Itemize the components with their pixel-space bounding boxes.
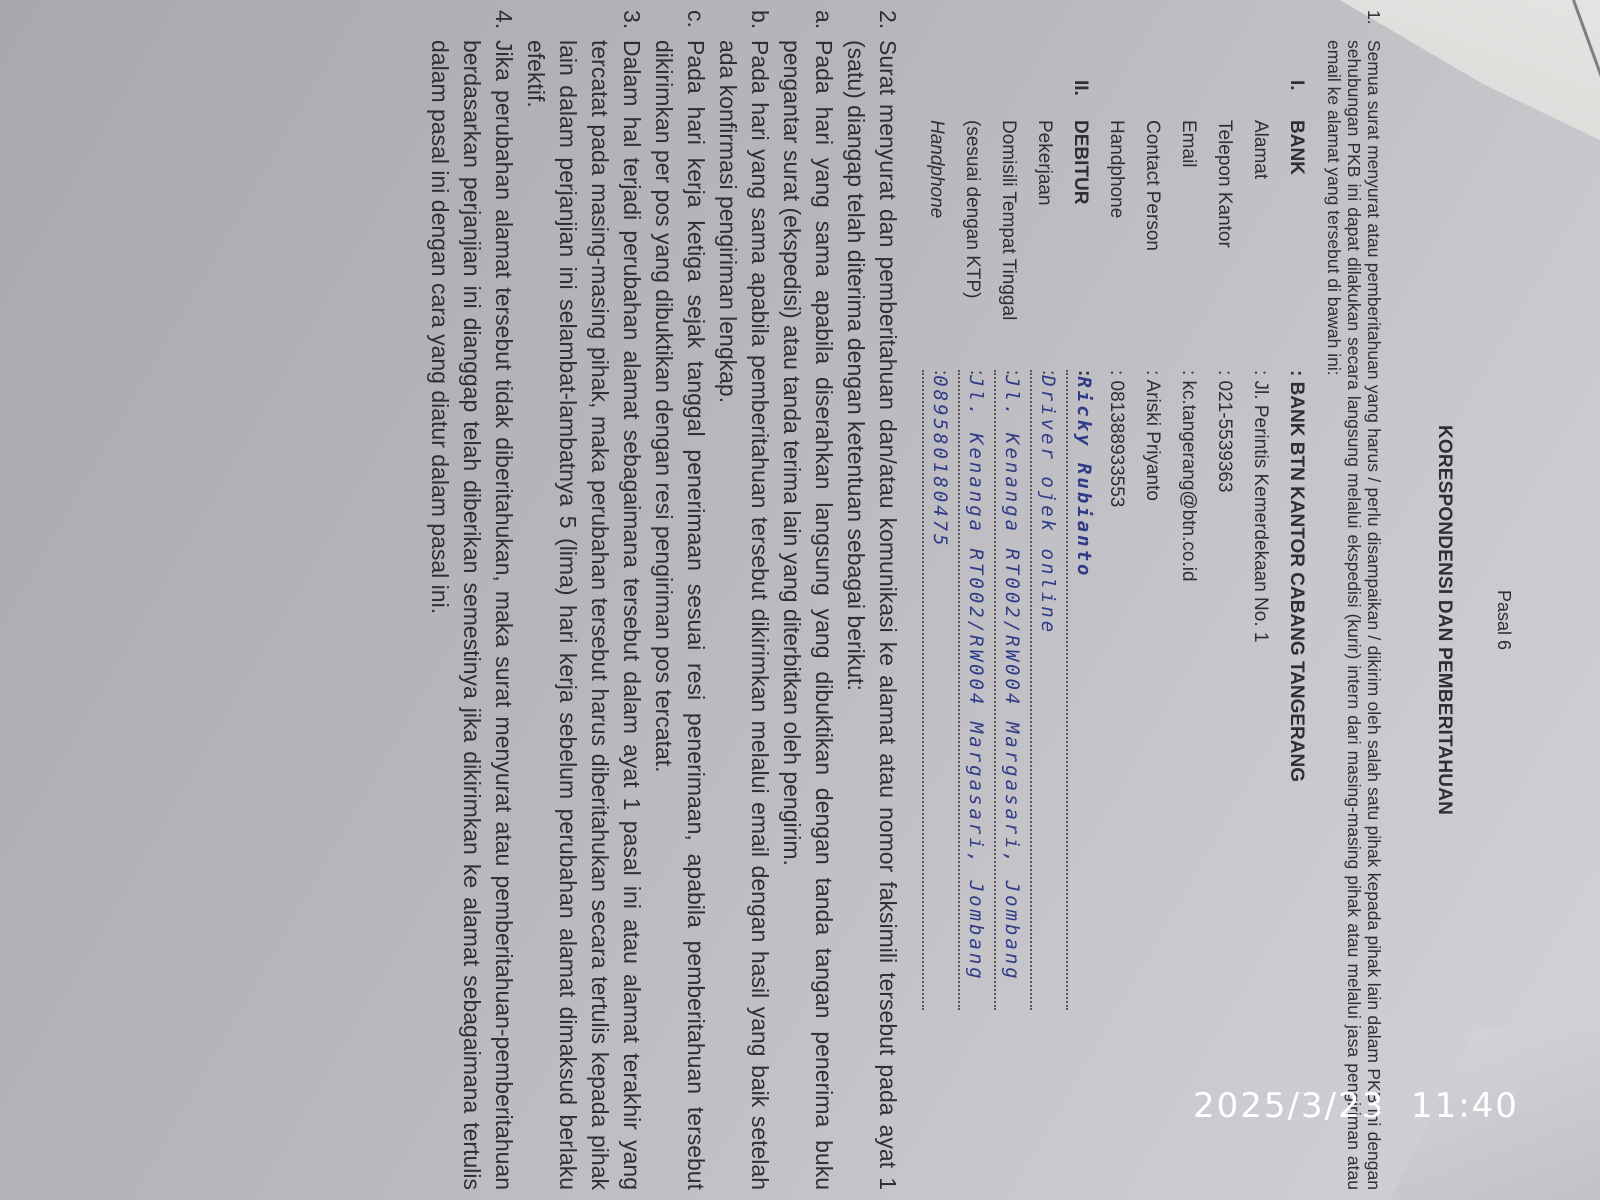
item-text: Pada hari yang sama apabila diserahkan l… <box>776 40 840 1190</box>
section-number: 4. <box>424 10 520 40</box>
field-value: : 081388933553 <box>1100 370 1132 1190</box>
section-text: Jika perubahan alamat tersebut tidak dib… <box>424 40 520 1190</box>
roman-numeral: II. <box>1064 80 1096 120</box>
photo-timestamp: 2025/3/23 11:40 <box>1193 1086 1519 1126</box>
section-1: 1. Semua surat menyurat atau pemberitahu… <box>1324 10 1384 1190</box>
item-letter: c. <box>648 10 712 40</box>
debitur-heading: DEBITUR <box>1064 120 1096 370</box>
roman-numeral: I. <box>1280 80 1312 120</box>
bank-heading-row: I. BANK : BANK BTN KANTOR CABANG TANGERA… <box>1278 80 1314 1190</box>
field-label: Domisili Tempat Tinggal <box>992 120 1024 370</box>
article-title: KORESPONDENSI DAN PEMBERITAHUAN <box>1428 50 1460 1190</box>
debitur-heading-row: II. DEBITUR : Ricky Rubianto <box>1062 80 1098 1190</box>
section-text: Surat menyurat dan pemberitahuan dan/ata… <box>840 40 904 1190</box>
handwritten-field: : Driver ojek online <box>1030 370 1058 1010</box>
handwritten-field: : Jl. Kenanga RT002/RW004 Margasari, Jom… <box>994 370 1022 1010</box>
field-label: Contact Person <box>1136 120 1168 370</box>
section-number: 3. <box>520 10 648 40</box>
section-number: 1. <box>1324 10 1384 40</box>
document-page: Pasal 6 KORESPONDENSI DAN PEMBERITAHUAN … <box>0 0 1600 1200</box>
handwritten-value: 089580180475 <box>924 375 956 548</box>
section-4: 4. Jika perubahan alamat tersebut tidak … <box>424 10 520 1190</box>
handwritten-value: Driver ojek online <box>1032 375 1064 635</box>
item-text: Pada hari kerja ketiga sejak tanggal pen… <box>648 40 712 1190</box>
field-label: (sesuai dengan KTP) <box>956 120 988 370</box>
bank-name: : BANK BTN KANTOR CABANG TANGERANG <box>1280 370 1312 1190</box>
field-label: Handphone <box>920 120 952 370</box>
field-value: : Ariski Priyanto <box>1136 370 1168 1190</box>
field-value: : kc.tangerang@btn.co.id <box>1172 370 1204 1190</box>
section-2-item-c: c. Pada hari kerja ketiga sejak tanggal … <box>648 10 712 1190</box>
handwritten-field: : Jl. Kenanga RT002/RW004 Margasari, Jom… <box>958 370 986 1010</box>
section-2-item-a: a. Pada hari yang sama apabila diserahka… <box>776 10 840 1190</box>
bank-block: I. BANK : BANK BTN KANTOR CABANG TANGERA… <box>918 80 1314 1190</box>
field-value: : Jl. Perintis Kemerdekaan No. 1 <box>1244 370 1276 1190</box>
handwritten-field: : 089580180475 <box>922 370 950 1010</box>
handwritten-value: Jl. Kenanga RT002/RW004 Margasari, Jomba… <box>996 375 1028 981</box>
section-3: 3. Dalam hal terjadi perubahan alamat se… <box>520 10 648 1190</box>
section-number: 2. <box>840 10 904 40</box>
section-text: Semua surat menyurat atau pemberitahuan … <box>1324 40 1384 1190</box>
handwritten-value: Jl. Kenanga RT002/RW004 Margasari, Jomba… <box>960 375 992 981</box>
field-label: Alamat <box>1244 120 1276 370</box>
item-text: Pada hari yang sama apabila pemberitahua… <box>712 40 776 1190</box>
debitur-name-field: : Ricky Rubianto <box>1066 370 1094 1010</box>
item-letter: a. <box>776 10 840 40</box>
bank-heading: BANK <box>1280 120 1312 370</box>
article-number: Pasal 6 <box>1488 50 1520 1190</box>
section-2: 2. Surat menyurat dan pemberitahuan dan/… <box>840 10 904 1190</box>
section-2-item-b: b. Pada hari yang sama apabila pemberita… <box>712 10 776 1190</box>
field-value: : 021-5539363 <box>1208 370 1240 1190</box>
handwritten-name: Ricky Rubianto <box>1068 376 1100 578</box>
field-label: Pekerjaan <box>1028 120 1060 370</box>
field-label: Handphone <box>1100 120 1132 370</box>
item-letter: b. <box>712 10 776 40</box>
field-label: Email <box>1172 120 1204 370</box>
section-text: Dalam hal terjadi perubahan alamat sebag… <box>520 40 648 1190</box>
field-label: Telepon Kantor <box>1208 120 1240 370</box>
